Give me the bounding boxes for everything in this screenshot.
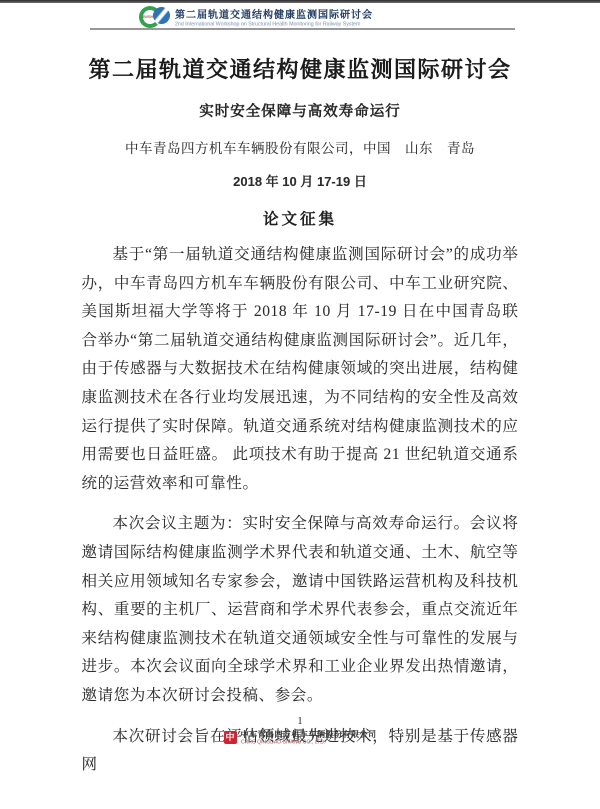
letterhead-subtitle-en: 2nd International Workshop on Structural…	[175, 22, 360, 27]
footer-company-text: 中车青岛四方机车车辆股份有限公司 CRRC QINGDAO SIFANG CO.…	[241, 729, 377, 746]
scan-edge-artifact	[0, 0, 600, 3]
crrc-logo-icon: 中	[224, 731, 237, 744]
document-body: 第二届轨道交通结构健康监测国际研讨会 实时安全保障与高效寿命运行 中车青岛四方机…	[0, 29, 600, 780]
paragraph-1: 基于“第一届轨道交通结构健康监测国际研讨会”的成功举办，中车青岛四方机车车辆股份…	[82, 241, 519, 498]
document-title: 第二届轨道交通结构健康监测国际研讨会	[30, 55, 570, 85]
paragraph-2: 本次会议主题为：实时安全保障与高效寿命运行。会议将邀请国际结构健康监测学术界代表…	[82, 510, 519, 710]
conference-letterhead: IWSHM-RS 第二届轨道交通结构健康监测国际研讨会 2nd Internat…	[139, 5, 386, 29]
footer-company-name-zh: 中车青岛四方机车车辆股份有限公司	[241, 729, 377, 740]
page-footer: 1 中 中车青岛四方机车车辆股份有限公司 CRRC QINGDAO SIFANG…	[0, 716, 600, 746]
footer-company-name-en: CRRC QINGDAO SIFANG CO., LTD.	[241, 740, 357, 745]
call-for-papers-heading: 论文征集	[0, 207, 600, 229]
footer-company-brand: 中 中车青岛四方机车车辆股份有限公司 CRRC QINGDAO SIFANG C…	[0, 729, 600, 746]
conference-logo-icon: IWSHM-RS	[139, 5, 170, 29]
logo-blue-globe	[153, 7, 170, 24]
host-organization-line: 中车青岛四方机车车辆股份有限公司，中国 山东 青岛	[0, 137, 600, 157]
scanned-document-page: IWSHM-RS 第二届轨道交通结构健康监测国际研讨会 2nd Internat…	[0, 0, 600, 809]
page-number: 1	[0, 716, 600, 727]
letterhead-text: 第二届轨道交通结构健康监测国际研讨会 2nd International Wor…	[175, 6, 386, 28]
conference-date-line: 2018 年 10 月 17-19 日	[0, 171, 600, 190]
document-subtitle: 实时安全保障与高效寿命运行	[0, 100, 600, 121]
letterhead-title: 第二届轨道交通结构健康监测国际研讨会	[175, 6, 386, 21]
